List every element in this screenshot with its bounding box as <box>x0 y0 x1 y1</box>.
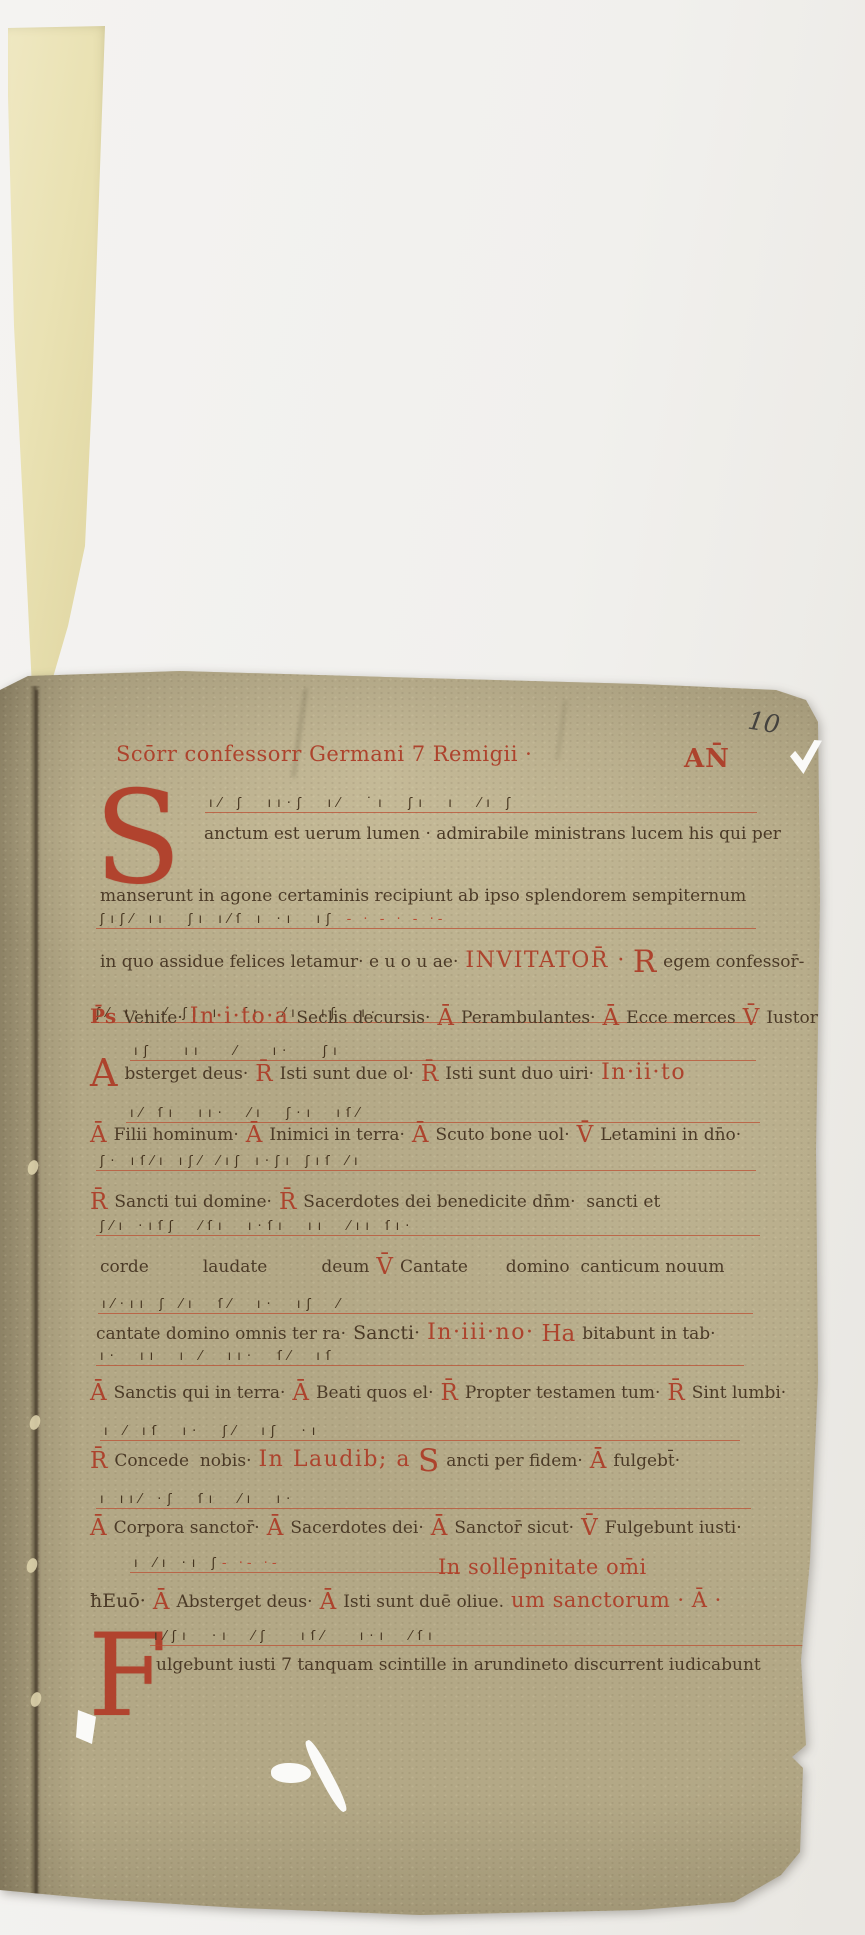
chant-line-12: ĀCorpora sanctor̄·ĀSacerdotes dei·ĀSanct… <box>90 1518 749 1538</box>
parchment-page: 10 S F ı⁄ ʃ ıı·ʃ ı⁄ ˙ı ʃı ı ⁄ı ʃ ʃıʃ⁄ ıı… <box>0 0 865 1935</box>
neume-glyphs: ı⁄ ſı ıı· ⁄ı ʃ·ı ıſ⁄ <box>130 1106 365 1121</box>
neume-glyphs: ı⁄ʃı ·ı ⁄ʃ ıſ⁄ ı·ı ⁄ſı <box>154 1629 438 1644</box>
text-segment: V̄ <box>743 1005 760 1031</box>
neume-marks: ı⁄ ſı ıı· ⁄ı ʃ·ı ıſ⁄ <box>130 1106 365 1121</box>
text-segment: cantate domino omnis ter ra· <box>96 1324 346 1344</box>
text-segment: egem confessor̄- <box>663 952 804 972</box>
chant-line-7: R̄Sancti tui domine·R̄Sacerdotes dei ben… <box>90 1192 667 1212</box>
neume-band: ʃ⁄ ı·ı ⁄ ʃı ı ſı ⁄ı ıʃ ı· <box>92 1022 756 1023</box>
text-segment: Ā <box>437 1005 454 1031</box>
text-segment: In·iii·no· <box>427 1320 534 1345</box>
text-segment: Ā <box>90 1515 107 1541</box>
neume-band: ʃ· ıſ⁄ı ıʃ⁄ ⁄ıʃ ı·ʃı ʃıſ ⁄ı <box>96 1170 756 1171</box>
text-segment: R <box>633 944 656 980</box>
neume-glyphs: ʃ⁄ ı·ı ⁄ ʃı ı ſı ⁄ı ıʃ ı· <box>96 1006 381 1021</box>
neume-band: ı⁄·ıı ʃ ⁄ı ſ⁄ ı· ıʃ ⁄ <box>98 1313 753 1314</box>
text-segment: corde laudate deum <box>100 1257 369 1277</box>
text-segment: Concede nobis· <box>114 1451 251 1471</box>
text-segment: anctum est uerum lumen · admirabile mini… <box>204 824 781 844</box>
antiphon-mark: AN̄ <box>684 744 737 774</box>
neume-glyphs: ı· ıı ı ⁄ ıı· ſ⁄ ıſ <box>100 1349 337 1364</box>
manuscript-photo: { "palette":{ "background":"#f1f0ed", "p… <box>0 0 865 1935</box>
neume-marks: ı⁄ʃı ·ı ⁄ʃ ıſ⁄ ı·ı ⁄ſı <box>154 1629 438 1644</box>
chant-line-4: P̄sVenite·In·i·to·aSeclis decursis·ĀPera… <box>90 1004 865 1029</box>
chant-line-2: manserunt in agone certaminis recipiunt … <box>100 886 753 906</box>
text-segment: Isti sunt due ol· <box>280 1064 414 1084</box>
neume-marks: ı ⁄ı ·ı ʃ- ·- ·- <box>134 1556 281 1571</box>
gutter-seam-core <box>35 690 38 1895</box>
text-segment: Scōrr confessorr Germani 7 Remigii · <box>116 742 532 766</box>
folio-number: 10 <box>746 706 782 740</box>
text-segment: V̄ <box>376 1254 393 1280</box>
text-segment: Corpora sanctor̄· <box>114 1518 260 1538</box>
text-segment: Sanctor̄ sicut· <box>454 1518 574 1538</box>
parchment-hole <box>271 1763 311 1783</box>
text-segment: R̄ <box>255 1061 272 1087</box>
staff-dashes: - ·- ·- <box>222 1556 281 1571</box>
text-segment: Sancti tui domine· <box>114 1192 272 1212</box>
gutter-seam <box>30 686 41 1898</box>
text-segment: Perambulantes· <box>461 1008 596 1028</box>
text-segment: Seclis decursis· <box>296 1008 430 1028</box>
neume-band: ıʃ ıı ⁄ ı· ʃı <box>130 1060 756 1061</box>
chant-line-10: ĀSanctis qui in terra·ĀBeati quos el·R̄P… <box>90 1383 793 1403</box>
text-segment: ħEuō· <box>90 1590 146 1612</box>
text-segment: Ā <box>246 1122 263 1148</box>
parchment-crease <box>556 700 567 760</box>
text-segment: V̄ <box>577 1122 594 1148</box>
text-segment: Isti sunt duo uiri· <box>445 1064 594 1084</box>
text-segment: Absterget deus· <box>176 1592 312 1612</box>
text-segment: Ā <box>603 1005 620 1031</box>
text-segment: manserunt in agone certaminis recipiunt … <box>100 886 746 906</box>
text-segment: Sacerdotes dei benedicite dn̄m· sancti e… <box>303 1192 660 1212</box>
text-segment: Sanctis qui in terra· <box>114 1383 286 1403</box>
text-segment: Ā <box>153 1589 170 1615</box>
neume-marks: ı ıı⁄ ·ʃ ſı ⁄ı ı· <box>100 1492 296 1507</box>
neume-band: ı ⁄ ıſ ı· ʃ⁄ ıʃ ·ı <box>100 1440 740 1441</box>
neume-band: ʃıʃ⁄ ıı ʃı ı⁄ſ ı ·ı ıʃ - · - · - ·- <box>96 928 756 929</box>
sewing-stitch <box>25 1557 39 1574</box>
text-segment: R̄ <box>90 1448 107 1474</box>
parchment-crease <box>292 688 307 778</box>
text-segment: R̄ <box>441 1380 458 1406</box>
text-segment: Ā <box>292 1380 309 1406</box>
text-segment: In Laudib; a <box>258 1447 410 1472</box>
text-segment: Propter testamen tum· <box>465 1383 661 1403</box>
neume-marks: ı· ıı ı ⁄ ıı· ſ⁄ ıſ <box>100 1349 337 1364</box>
text-segment: In·i·to·a <box>190 1004 290 1029</box>
chant-line-9: cantate domino omnis ter ra·Sancti·In·ii… <box>96 1320 723 1345</box>
chant-line-8: corde laudate deumV̄Cantate domino canti… <box>100 1257 731 1277</box>
text-segment: Inimici in terra· <box>269 1125 405 1145</box>
chant-line-6: ĀFilii hominum·ĀInimici in terra·ĀScuto … <box>90 1125 748 1145</box>
neume-glyphs: ʃ· ıſ⁄ı ıʃ⁄ ⁄ıʃ ı·ʃı ʃıſ ⁄ı <box>100 1154 364 1169</box>
chant-line-1: anctum est uerum lumen · admirabile mini… <box>204 824 788 844</box>
page-wrapper: 10 S F ı⁄ ʃ ıı·ʃ ı⁄ ˙ı ʃı ı ⁄ı ʃ ʃıʃ⁄ ıı… <box>0 0 865 1935</box>
text-segment: Ā <box>412 1122 429 1148</box>
text-segment: Sacerdotes dei· <box>290 1518 423 1538</box>
text-segment: Isti sunt duē oliue. <box>343 1592 504 1612</box>
text-segment: Letamini in dn̄o· <box>600 1125 741 1145</box>
text-segment: Ecce merces <box>626 1008 736 1028</box>
neume-glyphs: ʃıʃ⁄ ıı ʃı ı⁄ſ ı ·ı ıʃ <box>100 912 347 927</box>
neume-band: ı· ıı ı ⁄ ıı· ſ⁄ ıſ <box>96 1365 744 1366</box>
text-segment: Sint lumbi· <box>692 1383 787 1403</box>
neume-marks: ʃ· ıſ⁄ı ıʃ⁄ ⁄ıʃ ı·ʃı ʃıſ ⁄ı <box>100 1154 364 1169</box>
text-segment: bitabunt in tab· <box>582 1324 715 1344</box>
neume-glyphs: ı⁄·ıı ʃ ⁄ı ſ⁄ ı· ıʃ ⁄ <box>102 1297 345 1312</box>
text-segment: Sancti· <box>353 1322 420 1344</box>
sewing-stitch <box>29 1691 43 1708</box>
sewing-stitch <box>26 1159 40 1176</box>
heading-rubric: Scōrr confessorr Germani 7 Remigii · <box>116 742 539 766</box>
neume-glyphs: ı⁄ ʃ ıı·ʃ ı⁄ ˙ı ʃı ı ⁄ı ʃ <box>209 796 516 811</box>
feast-rubric-right: In sollēpnitate om̄i <box>438 1555 654 1579</box>
text-segment: A <box>90 1051 117 1095</box>
neume-marks: ʃıʃ⁄ ıı ʃı ı⁄ſ ı ·ı ıʃ - · - · - ·- <box>100 912 446 927</box>
neume-band: ı⁄ʃı ·ı ⁄ʃ ıſ⁄ ı·ı ⁄ſı <box>150 1645 816 1646</box>
neume-glyphs: ı ⁄ ıſ ı· ʃ⁄ ıʃ ·ı <box>104 1424 321 1439</box>
neume-marks: ı⁄ ʃ ıı·ʃ ı⁄ ˙ı ʃı ı ⁄ı ʃ <box>209 796 516 811</box>
initial-s: S <box>94 788 182 890</box>
chant-line-5: Absterget deus·R̄Isti sunt due ol·R̄Isti… <box>90 1060 693 1085</box>
text-segment: P̄s <box>90 1004 116 1028</box>
chant-line-14: ulgebunt iusti 7 tanquam scintille in ar… <box>156 1655 768 1675</box>
neume-glyphs: ʃ⁄ı ·ıſʃ ⁄ſı ı·ſı ıı ⁄ıı ſı· <box>100 1219 415 1234</box>
text-segment: Ā <box>431 1515 448 1541</box>
text-segment: ulgebunt iusti 7 tanquam scintille in ar… <box>156 1655 761 1675</box>
neume-marks: ʃ⁄ı ·ıſʃ ⁄ſı ı·ſı ıı ⁄ıı ſı· <box>100 1219 415 1234</box>
neume-glyphs: ıʃ ıı ⁄ ı· ʃı <box>134 1044 343 1059</box>
text-segment: Iustorum aīe· <box>766 1008 865 1028</box>
text-segment: Ā <box>590 1448 607 1474</box>
chant-line-11: R̄Concede nobis·In Laudib; aSancti per f… <box>90 1447 687 1472</box>
text-segment: Fulgebunt iusti· <box>605 1518 742 1538</box>
text-segment: In·ii·to <box>601 1060 686 1085</box>
sewing-stitch <box>28 1414 42 1431</box>
text-segment: Scuto bone uol· <box>435 1125 569 1145</box>
text-segment: Beati quos el· <box>316 1383 433 1403</box>
text-segment: R̄ <box>90 1189 107 1215</box>
text-segment: R̄ <box>667 1380 684 1406</box>
initial-f: F <box>88 1630 167 1721</box>
text-segment: R̄ <box>421 1061 438 1087</box>
text-segment: V̄ <box>581 1515 598 1541</box>
text-segment: R̄ <box>279 1189 296 1215</box>
staff-dashes: - · - · - ·- <box>347 912 447 927</box>
text-segment: INVITATOR̄ · <box>465 948 625 973</box>
neume-band: ı⁄ ſı ıı· ⁄ı ʃ·ı ıſ⁄ <box>126 1122 760 1123</box>
text-segment: Venite· <box>123 1008 182 1028</box>
neume-marks: ı ⁄ ıſ ı· ʃ⁄ ıʃ ·ı <box>104 1424 321 1439</box>
text-segment: AN̄ <box>684 744 730 774</box>
text-segment: bsterget deus· <box>124 1064 248 1084</box>
chant-line-13: ħEuō·ĀAbsterget deus·ĀIsti sunt duē oliu… <box>90 1588 729 1612</box>
chant-line-3: in quo assidue felices letamur· e u o u … <box>100 948 811 973</box>
text-segment: ancti per fidem· <box>446 1451 583 1471</box>
text-segment: Cantate domino canticum nouum <box>400 1257 725 1277</box>
text-segment: Ha <box>541 1321 575 1347</box>
text-segment: Filii hominum· <box>114 1125 239 1145</box>
neume-band: ı⁄ ʃ ıı·ʃ ı⁄ ˙ı ʃı ı ⁄ı ʃ <box>205 812 757 813</box>
text-segment: S <box>418 1443 439 1479</box>
neume-band: ı ⁄ı ·ı ʃ- ·- ·- <box>130 1572 460 1573</box>
neume-marks: ı⁄·ıı ʃ ⁄ı ſ⁄ ı· ıʃ ⁄ <box>102 1297 345 1312</box>
text-segment: Ā <box>320 1589 337 1615</box>
text-segment: Ā <box>267 1515 284 1541</box>
text-segment: Ā <box>90 1122 107 1148</box>
text-segment: um sanctorum · Ā · <box>511 1588 722 1612</box>
neume-marks: ʃ⁄ ı·ı ⁄ ʃı ı ſı ⁄ı ıʃ ı· <box>96 1006 381 1021</box>
neume-glyphs: ı ıı⁄ ·ʃ ſı ⁄ı ı· <box>100 1492 296 1507</box>
neume-band: ʃ⁄ı ·ıſʃ ⁄ſı ı·ſı ıı ⁄ıı ſı· <box>96 1235 760 1236</box>
neume-band: ı ıı⁄ ·ʃ ſı ⁄ı ı· <box>96 1508 751 1509</box>
neume-glyphs: ı ⁄ı ·ı ʃ <box>134 1556 222 1571</box>
neume-marks: ıʃ ıı ⁄ ı· ʃı <box>134 1044 343 1059</box>
text-segment: in quo assidue felices letamur· e u o u … <box>100 952 458 972</box>
text-segment: fulgebt̄· <box>613 1451 680 1471</box>
text-segment: Ā <box>90 1380 107 1406</box>
text-segment: In sollēpnitate om̄i <box>438 1555 647 1579</box>
